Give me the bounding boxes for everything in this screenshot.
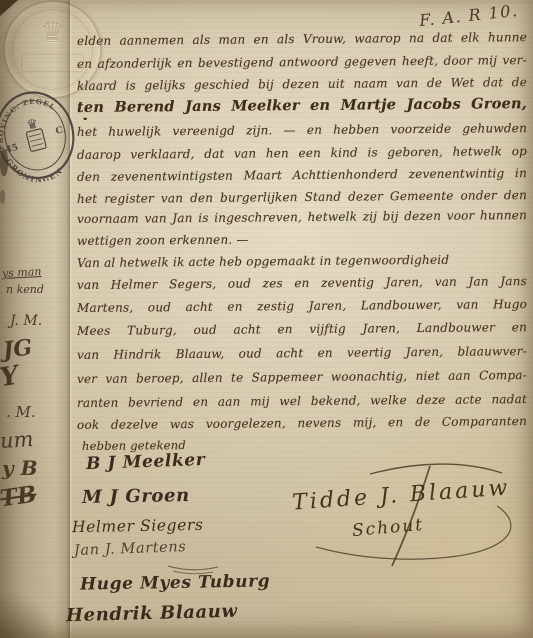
seal-shield	[21, 54, 84, 72]
body-line: ver van beroep, allen te Sappemeer woona…	[77, 367, 527, 390]
page-corner-shadow	[0, 0, 18, 16]
body-line: elden aannemen als man en als Vrouw, waa…	[77, 29, 527, 52]
signature: Jan J. Martens	[74, 539, 187, 559]
body-line: wettigen zoon erkennen. —	[77, 229, 527, 252]
signature: Helmer Siegers	[72, 516, 204, 536]
body-line: daarop verklaard, dat van hen een kind i…	[77, 143, 527, 166]
stamp-shield-hatch	[29, 134, 43, 147]
margin-fragment: y B	[2, 456, 38, 480]
body-line: van Helmer Segers, oud zes en zeventig J…	[77, 273, 527, 296]
margin-fragment: ys man	[2, 265, 42, 280]
official-signature-name: Tidde J. Blaauw	[291, 475, 511, 515]
stamp-value: 45	[5, 143, 20, 156]
body-line: het huwelijk vereenigd zijn. — en hebben…	[77, 120, 527, 143]
edge-ink-mark	[0, 190, 5, 204]
body-line-names: ten Berend Jans Meelker en Martje Jacobs…	[77, 95, 527, 120]
margin-fragment: J. M.	[10, 313, 42, 329]
signature: M J Groen	[82, 485, 190, 508]
body-line: Martens, oud acht en zestig Jaren, Landb…	[77, 296, 527, 319]
body-line: van Hindrik Blaauw, oud acht en veertig …	[77, 343, 527, 366]
body-line: en afzonderlijk en bevestigend antwoord …	[77, 52, 527, 75]
underline-flourish	[168, 566, 218, 570]
flourish-stroke	[370, 464, 502, 474]
register-page: ♛ PROVINC. ZEGEL GRONINGEN 45 C. ♛ F. A.…	[0, 0, 533, 638]
body-line: het register van den burgerlijken Stand …	[77, 187, 527, 210]
body-line: ranten bevriend en aan mij wel bekend, w…	[77, 391, 527, 414]
margin-fragment: TB	[0, 481, 38, 513]
margin-fragment: . M.	[6, 403, 36, 421]
folio-mark: F. A. R 10.	[419, 1, 520, 30]
body-line: Mees Tuburg, oud acht en vijftig Jaren, …	[77, 319, 527, 342]
margin-fragment: um	[0, 427, 34, 453]
margin-fragment: JG	[2, 335, 34, 364]
body-line: den zevenentwintigsten Maart Achttienhon…	[77, 165, 527, 188]
signature: Huge Myes Tuburg	[80, 571, 271, 594]
body-line: klaard is gelijks geschied bij dezen uit…	[77, 74, 527, 97]
body-line: ook dezelve was voorgelezen, nevens mij,…	[77, 413, 527, 436]
body-line: Van al hetwelk ik acte heb opgemaakt in …	[77, 251, 527, 274]
margin-fragment: n kend	[6, 283, 44, 296]
official-signature-title: Schout	[351, 515, 425, 541]
body-line: voornaam van Jan is ingeschreven, hetwel…	[77, 207, 527, 230]
signature: B J Meelker	[86, 450, 206, 474]
signature: Hendrik Blaauw	[66, 601, 238, 626]
